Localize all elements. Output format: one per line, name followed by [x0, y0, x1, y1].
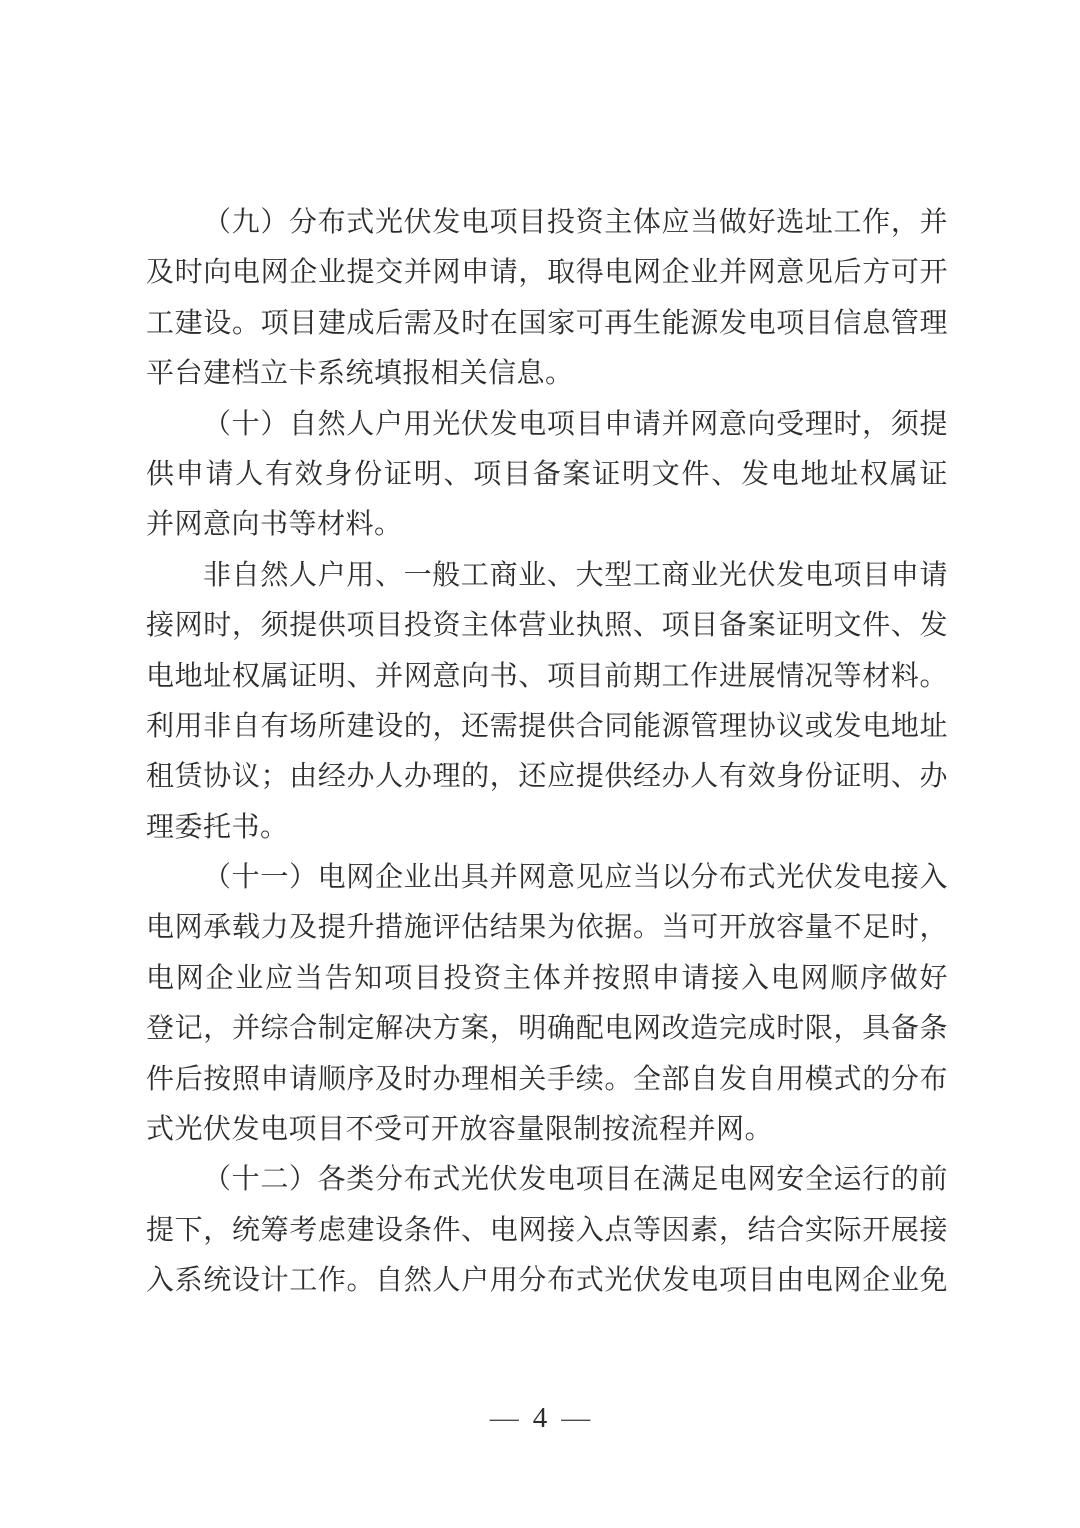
- page-number: 4: [533, 1396, 548, 1440]
- document-line: 理委托书。: [146, 803, 948, 853]
- document-line: 接网时，须提供项目投资主体营业执照、项目备案证明文件、发: [146, 601, 948, 651]
- footer-dash-left: —: [490, 1396, 519, 1440]
- document-line: 电网企业应当告知项目投资主体并按照申请接入电网顺序做好: [146, 954, 948, 1004]
- document-line: 式光伏发电项目不受可开放容量限制按流程并网。: [146, 1105, 948, 1155]
- document-line: （十）自然人户用光伏发电项目申请并网意向受理时，须提: [146, 400, 948, 450]
- page-footer: —4—: [0, 1396, 1080, 1440]
- document-paragraph: （九）分布式光伏发电项目投资主体应当做好选址工作，并及时向电网企业提交并网申请，…: [146, 198, 948, 400]
- document-paragraph: 非自然人户用、一般工商业、大型工商业光伏发电项目申请接网时，须提供项目投资主体营…: [146, 551, 948, 853]
- document-line: 非自然人户用、一般工商业、大型工商业光伏发电项目申请: [146, 551, 948, 601]
- document-line: 电地址权属证明、并网意向书、项目前期工作进展情况等材料。: [146, 652, 948, 702]
- document-line: 并网意向书等材料。: [146, 500, 948, 550]
- document-body: （九）分布式光伏发电项目投资主体应当做好选址工作，并及时向电网企业提交并网申请，…: [146, 198, 948, 1307]
- document-line: 及时向电网企业提交并网申请，取得电网企业并网意见后方可开: [146, 248, 948, 298]
- document-line: 件后按照申请顺序及时办理相关手续。全部自发自用模式的分布: [146, 1055, 948, 1105]
- document-line: 供申请人有效身份证明、项目备案证明文件、发电地址权属证明、: [146, 450, 948, 500]
- document-paragraph: （十）自然人户用光伏发电项目申请并网意向受理时，须提供申请人有效身份证明、项目备…: [146, 400, 948, 551]
- document-line: 电网承载力及提升措施评估结果为依据。当可开放容量不足时，: [146, 903, 948, 953]
- document-line: 入系统设计工作。自然人户用分布式光伏发电项目由电网企业免: [146, 1256, 948, 1306]
- document-line: 租赁协议；由经办人办理的，还应提供经办人有效身份证明、办: [146, 752, 948, 802]
- document-line: 利用非自有场所建设的，还需提供合同能源管理协议或发电地址: [146, 702, 948, 752]
- document-line: 平台建档立卡系统填报相关信息。: [146, 349, 948, 399]
- document-line: （十一）电网企业出具并网意见应当以分布式光伏发电接入: [146, 853, 948, 903]
- document-page: （九）分布式光伏发电项目投资主体应当做好选址工作，并及时向电网企业提交并网申请，…: [0, 0, 1080, 1528]
- document-paragraph: （十一）电网企业出具并网意见应当以分布式光伏发电接入电网承载力及提升措施评估结果…: [146, 853, 948, 1155]
- document-line: 登记，并综合制定解决方案，明确配电网改造完成时限，具备条: [146, 1004, 948, 1054]
- footer-dash-right: —: [561, 1396, 590, 1440]
- document-line: （十二）各类分布式光伏发电项目在满足电网安全运行的前: [146, 1155, 948, 1205]
- document-line: 提下，统筹考虑建设条件、电网接入点等因素，结合实际开展接: [146, 1206, 948, 1256]
- document-line: 工建设。项目建成后需及时在国家可再生能源发电项目信息管理: [146, 299, 948, 349]
- document-paragraph: （十二）各类分布式光伏发电项目在满足电网安全运行的前提下，统筹考虑建设条件、电网…: [146, 1155, 948, 1306]
- document-line: （九）分布式光伏发电项目投资主体应当做好选址工作，并: [146, 198, 948, 248]
